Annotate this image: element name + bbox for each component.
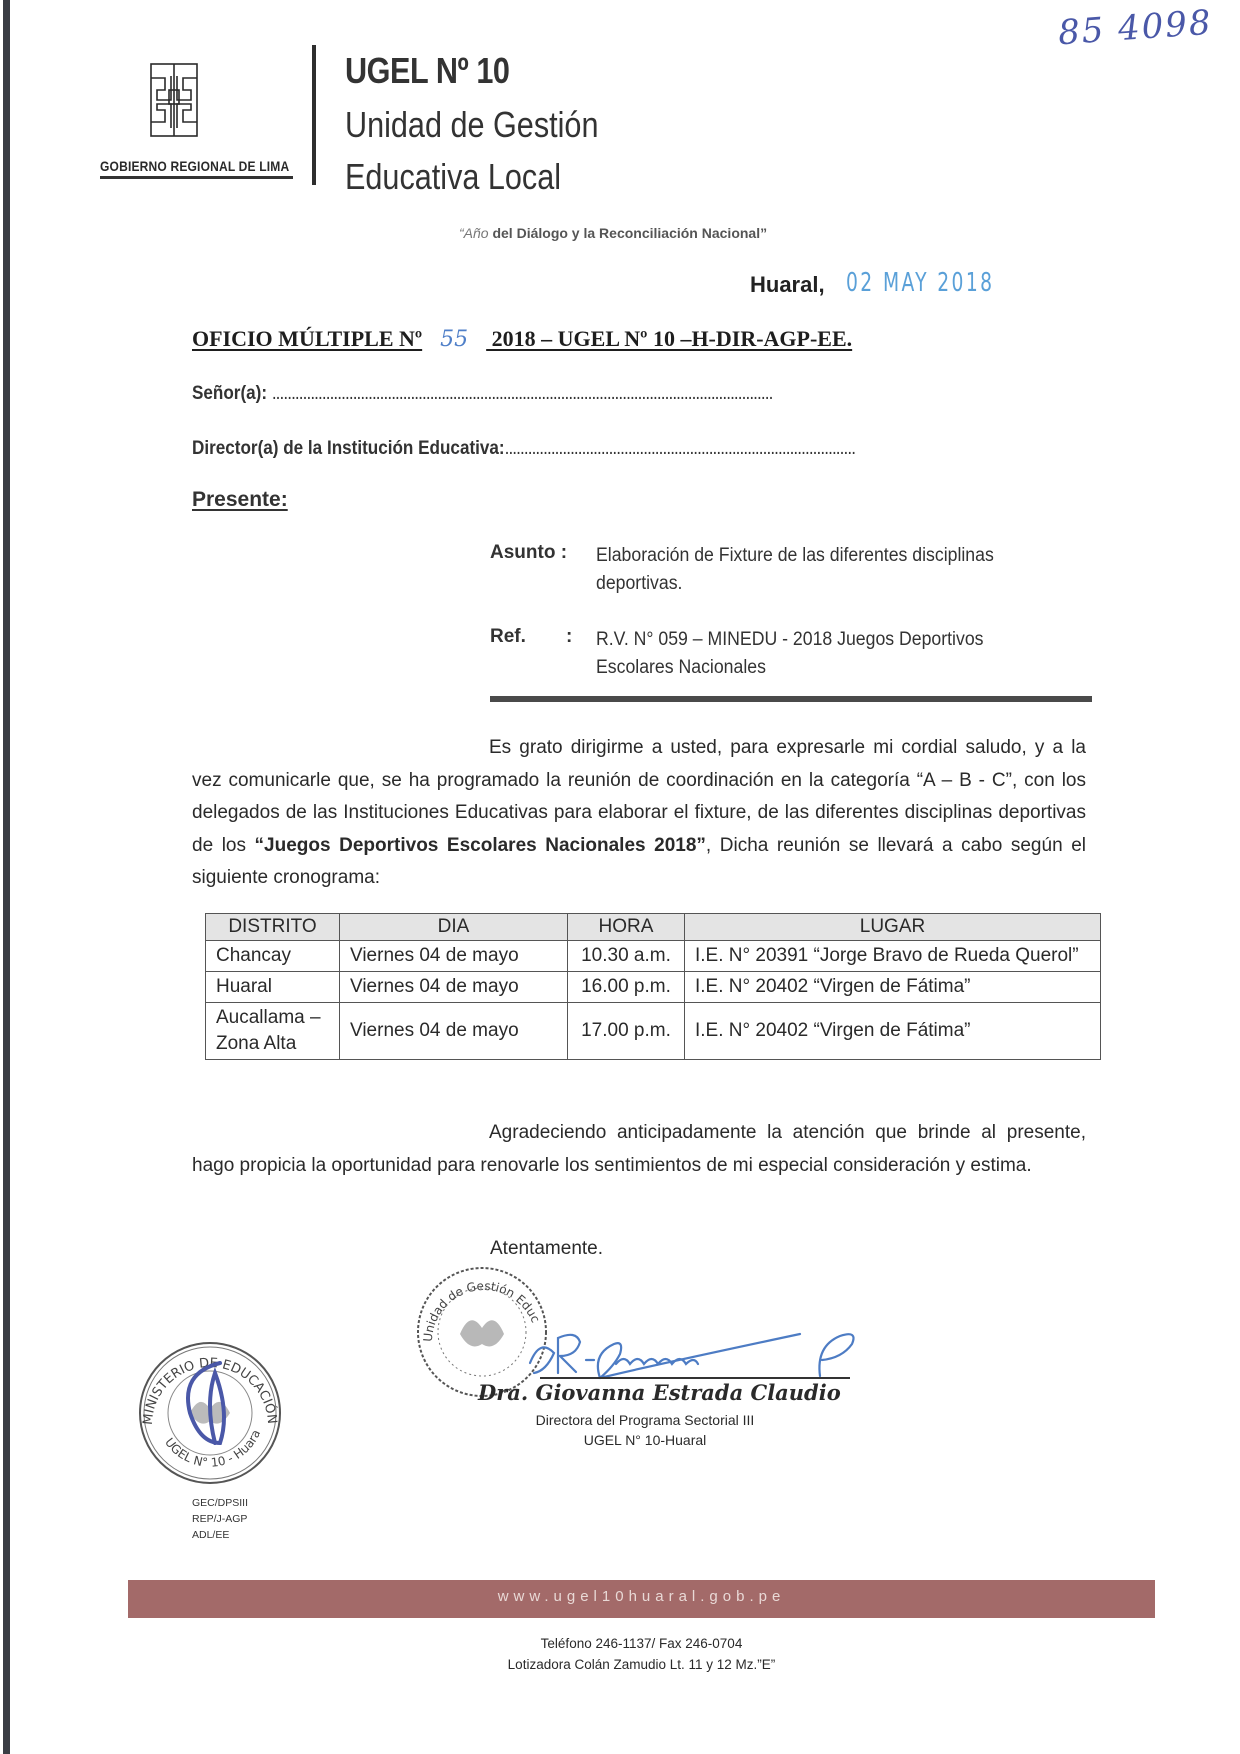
gobierno-underline bbox=[100, 176, 293, 179]
signatory-title: Directora del Programa Sectorial III UGE… bbox=[500, 1410, 790, 1450]
cell-hora: 10.30 a.m. bbox=[568, 941, 685, 972]
ref-label: Ref. bbox=[490, 626, 526, 648]
unidad-gestion-line2: Educativa Local bbox=[345, 156, 561, 198]
col-header: DISTRITO bbox=[206, 914, 340, 941]
col-header: DIA bbox=[340, 914, 568, 941]
col-header: LUGAR bbox=[685, 914, 1101, 941]
table-row: Chancay Viernes 04 de mayo 10.30 a.m. I.… bbox=[206, 941, 1101, 972]
signature-line bbox=[540, 1377, 850, 1379]
letterhead-divider bbox=[312, 45, 316, 185]
footer-website: www.ugel10huaral.gob.pe bbox=[128, 1588, 1155, 1605]
director-field: Director(a) de la Institución Educativa:… bbox=[192, 438, 855, 460]
cell-lugar: I.E. N° 20402 “Virgen de Fátima” bbox=[685, 1003, 1101, 1060]
asunto-value: Elaboración de Fixture de las diferentes… bbox=[596, 542, 1061, 598]
scan-edge-strip bbox=[3, 0, 10, 1754]
cell-lugar: I.E. N° 20402 “Virgen de Fátima” bbox=[685, 972, 1101, 1003]
body-paragraph-2: Agradeciendo anticipadamente la atención… bbox=[192, 1117, 1086, 1182]
gobierno-regional-logo-icon bbox=[145, 60, 203, 140]
cell-dia: Viernes 04 de mayo bbox=[340, 941, 568, 972]
oficio-title: OFICIO MÚLTIPLE Nº55 2018 – UGEL Nº 10 –… bbox=[192, 326, 852, 352]
date-stamp: 02 MAY 2018 bbox=[846, 268, 994, 298]
signatory-name: Dra. Giovanna Estrada Claudio bbox=[478, 1380, 841, 1405]
table-row: Huaral Viernes 04 de mayo 16.00 p.m. I.E… bbox=[206, 972, 1101, 1003]
cell-hora: 16.00 p.m. bbox=[568, 972, 685, 1003]
col-header: HORA bbox=[568, 914, 685, 941]
table-row: Aucallama – Zona Alta Viernes 04 de mayo… bbox=[206, 1003, 1101, 1060]
handwritten-registry-number: 85 4098 bbox=[1057, 3, 1214, 54]
oficio-number: 55 bbox=[422, 327, 486, 352]
presente-heading: Presente: bbox=[192, 488, 288, 512]
senor-field: Señor(a): ..............................… bbox=[192, 383, 772, 405]
cell-dia: Viernes 04 de mayo bbox=[340, 1003, 568, 1060]
body-paragraph-1: Es grato dirigirme a usted, para expresa… bbox=[192, 732, 1086, 895]
ugel-title: UGEL Nº 10 bbox=[345, 50, 510, 92]
asunto-label: Asunto : bbox=[490, 542, 567, 564]
footer-contact: Teléfono 246-1137/ Fax 246-0704 Lotizado… bbox=[128, 1633, 1155, 1675]
unidad-gestion-line1: Unidad de Gestión bbox=[345, 104, 598, 146]
ref-colon: : bbox=[566, 626, 572, 648]
footer-address: Lotizadora Colán Zamudio Lt. 11 y 12 Mz.… bbox=[128, 1654, 1155, 1675]
cell-distrito: Chancay bbox=[206, 941, 340, 972]
ref-value: R.V. N° 059 – MINEDU - 2018 Juegos Depor… bbox=[596, 626, 1061, 682]
year-motto: “Año del Diálogo y la Reconciliación Nac… bbox=[459, 225, 767, 241]
gobierno-regional-label: GOBIERNO REGIONAL DE LIMA bbox=[100, 158, 289, 174]
place-label: Huaral, bbox=[750, 272, 825, 298]
footer-phone: Teléfono 246-1137/ Fax 246-0704 bbox=[128, 1633, 1155, 1654]
cell-distrito: Aucallama – Zona Alta bbox=[206, 1003, 340, 1060]
cell-dia: Viernes 04 de mayo bbox=[340, 972, 568, 1003]
cell-distrito: Huaral bbox=[206, 972, 340, 1003]
schedule-header-row: DISTRITO DIA HORA LUGAR bbox=[206, 914, 1101, 941]
ministerio-seal-icon: MINISTERIO DE EDUCACIÓN UGEL N° 10 - Hua… bbox=[130, 1333, 290, 1493]
section-rule bbox=[490, 696, 1092, 702]
schedule-table: DISTRITO DIA HORA LUGAR Chancay Viernes … bbox=[205, 913, 1101, 1060]
cell-lugar: I.E. N° 20391 “Jorge Bravo de Rueda Quer… bbox=[685, 941, 1101, 972]
cell-hora: 17.00 p.m. bbox=[568, 1003, 685, 1060]
reference-codes: GEC/DPSIII REP/J-AGP ADL/EE bbox=[192, 1495, 248, 1543]
closing: Atentamente. bbox=[490, 1238, 603, 1260]
